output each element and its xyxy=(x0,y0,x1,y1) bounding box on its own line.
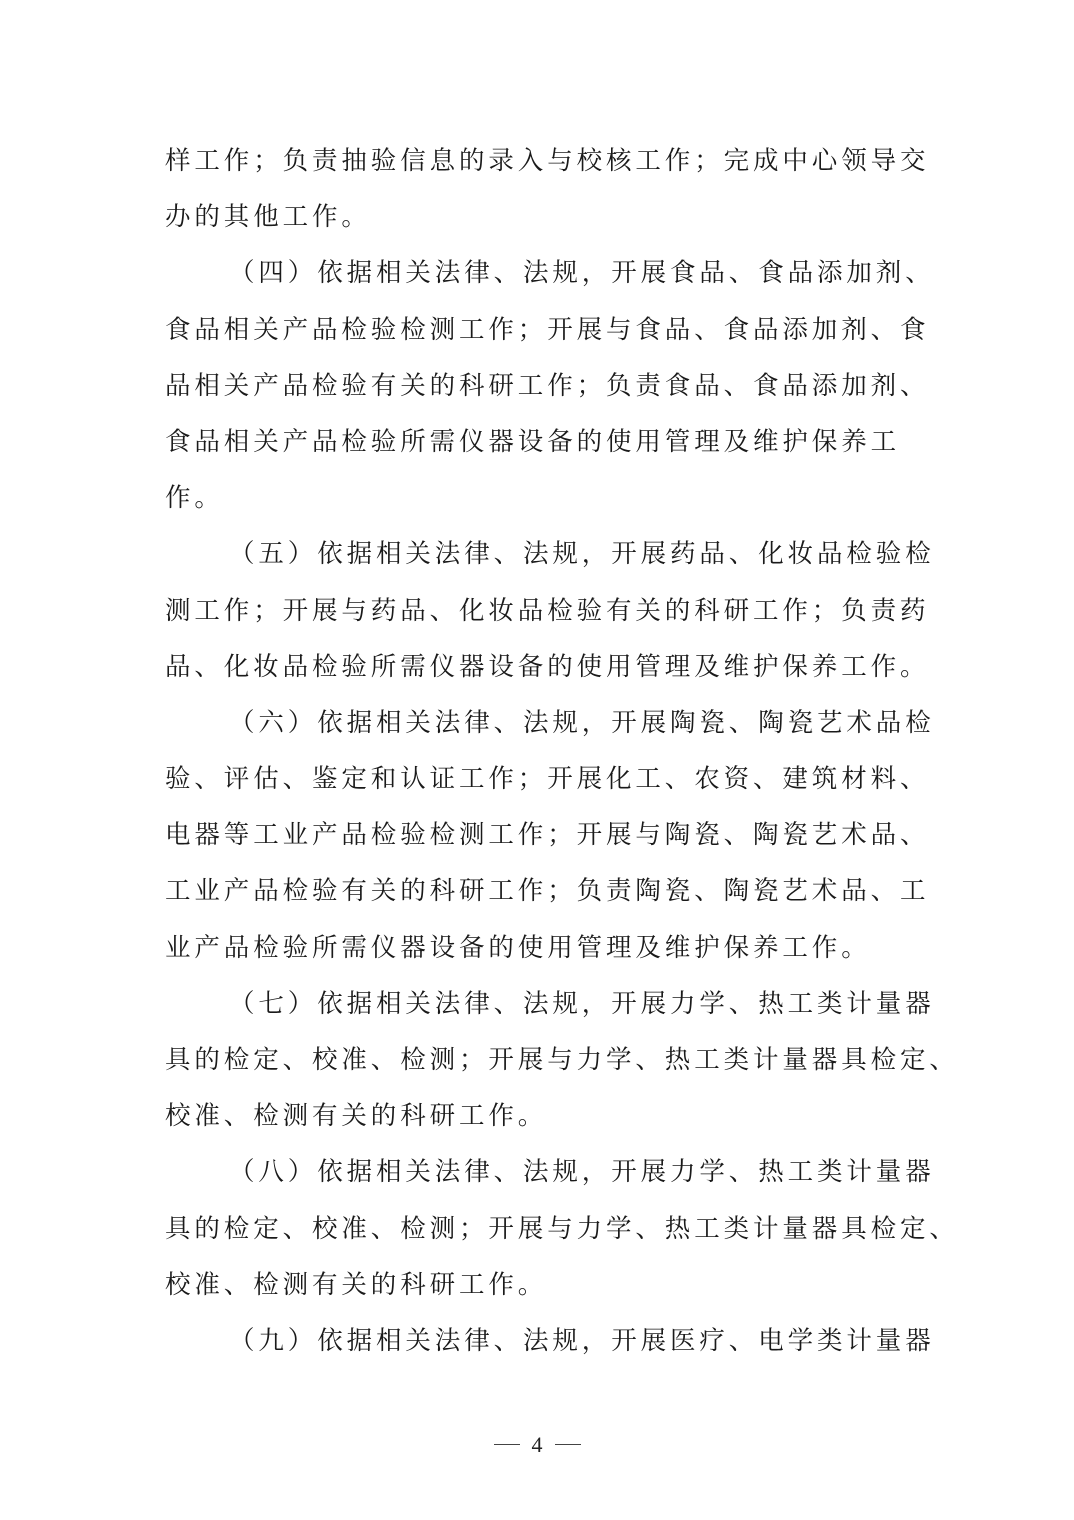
text-line: 测工作；开展与药品、化妆品检验有关的科研工作；负责药 xyxy=(165,583,915,639)
em-dash-left xyxy=(494,1444,520,1445)
text-line: 验、评估、鉴定和认证工作；开展化工、农资、建筑材料、 xyxy=(165,751,915,807)
em-dash-right xyxy=(555,1444,581,1445)
text-line: 业产品检验所需仪器设备的使用管理及维护保养工作。 xyxy=(165,920,915,976)
page-footer: 4 xyxy=(0,1432,1074,1458)
text-line: 校准、检测有关的科研工作。 xyxy=(165,1088,915,1144)
text-line: 办的其他工作。 xyxy=(165,189,915,245)
paragraph-start-line: （六）依据相关法律、法规，开展陶瓷、陶瓷艺术品检 xyxy=(165,695,915,751)
paragraph-start-line: （四）依据相关法律、法规，开展食品、食品添加剂、 xyxy=(165,245,915,301)
text-line: 具的检定、校准、检测；开展与力学、热工类计量器具检定、 xyxy=(165,1032,915,1088)
text-line: 样工作；负责抽验信息的录入与校核工作；完成中心领导交 xyxy=(165,133,915,189)
paragraph-start-line: （九）依据相关法律、法规，开展医疗、电学类计量器 xyxy=(165,1313,915,1369)
text-line: 具的检定、校准、检测；开展与力学、热工类计量器具检定、 xyxy=(165,1201,915,1257)
text-line: 校准、检测有关的科研工作。 xyxy=(165,1257,915,1313)
page-number: 4 xyxy=(532,1432,543,1457)
paragraph-start-line: （五）依据相关法律、法规，开展药品、化妆品检验检 xyxy=(165,526,915,582)
paragraph-start-line: （七）依据相关法律、法规，开展力学、热工类计量器 xyxy=(165,976,915,1032)
body-text: 样工作；负责抽验信息的录入与校核工作；完成中心领导交 办的其他工作。 （四）依据… xyxy=(165,133,915,1369)
text-line: 食品相关产品检验所需仪器设备的使用管理及维护保养工 xyxy=(165,414,915,470)
document-page: 样工作；负责抽验信息的录入与校核工作；完成中心领导交 办的其他工作。 （四）依据… xyxy=(0,0,1074,1520)
text-line: 品相关产品检验有关的科研工作；负责食品、食品添加剂、 xyxy=(165,358,915,414)
text-line: 品、化妆品检验所需仪器设备的使用管理及维护保养工作。 xyxy=(165,639,915,695)
text-line: 工业产品检验有关的科研工作；负责陶瓷、陶瓷艺术品、工 xyxy=(165,863,915,919)
text-line: 电器等工业产品检验检测工作；开展与陶瓷、陶瓷艺术品、 xyxy=(165,807,915,863)
paragraph-start-line: （八）依据相关法律、法规，开展力学、热工类计量器 xyxy=(165,1144,915,1200)
text-line: 食品相关产品检验检测工作；开展与食品、食品添加剂、食 xyxy=(165,302,915,358)
text-line: 作。 xyxy=(165,470,915,526)
